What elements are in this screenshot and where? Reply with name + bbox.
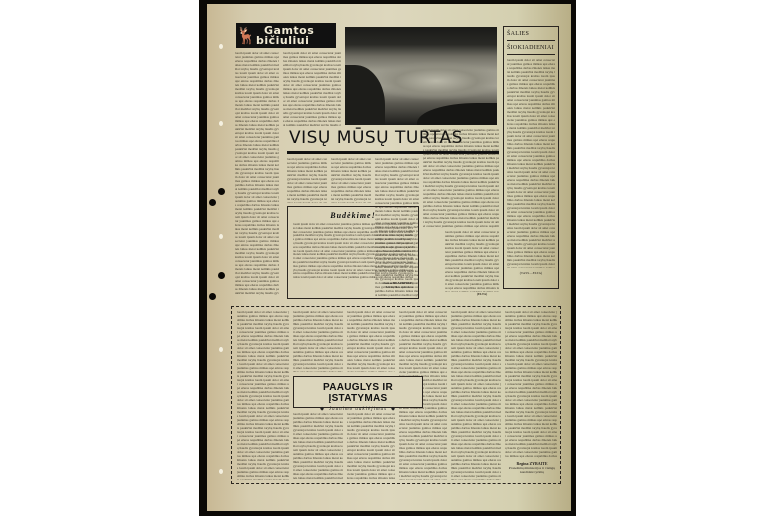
pin-hole [219,44,223,49]
sidebar-divider [507,40,555,41]
sidebar-news-box: ŠALIES ŠIOKIADIENIAI lorem ipsum dolor s… [503,26,559,289]
lower-article-subtitle-line: ◆Jaunimo auklėjimas◆ [294,406,422,412]
article-column: lorem ipsum dolor sit amet consectetur j… [287,157,327,203]
article-column: lorem ipsum dolor sit amet consectetur j… [451,310,501,480]
lower-article-subtitle: Jaunimo auklėjimas [329,407,387,412]
pin-hole [219,234,223,239]
sidebar-source: (TASS—ELTA) [507,271,555,275]
notice-signature: Juozas BRAZDEIKIS Miškų ūkio ministras [293,281,413,289]
article-source: (ELTA) [467,292,497,296]
deer-icon: 🦌 [236,26,256,46]
binding-hole [209,199,216,206]
pin-hole [219,121,223,126]
section-masthead: 🦌 Gamtos bičiuliui [236,23,336,48]
notice-title: Budėkime! [293,211,413,220]
article-column: lorem ipsum dolor sit amet consectetur j… [445,230,499,292]
pin-hole [219,469,223,474]
sidebar-divider [507,54,555,55]
lower-article-author: Regina ZYBAITE Pranešimų ministerijos ir… [507,462,557,474]
diamond-ornament-icon: ◆ [320,407,325,412]
binding-hole [209,293,216,300]
masthead-line2: bičiuliui [256,36,314,46]
article-column: lorem ipsum dolor sit amet consectetur j… [347,310,395,372]
article-column: lorem ipsum dolor sit amet consectetur j… [423,128,499,228]
sidebar-title-line1: ŠALIES [507,30,555,38]
article-column: lorem ipsum dolor sit amet consectetur j… [235,51,279,296]
article-column: lorem ipsum dolor sit amet consectetur j… [331,157,371,203]
sidebar-text: lorem ipsum dolor sit amet consectetur j… [507,58,555,268]
lower-article-title-box: PAAUGLYS IR ĮSTATYMAS ◆Jaunimo auklėjima… [293,376,423,408]
article-column: lorem ipsum dolor sit amet consectetur j… [293,412,343,480]
article-column: lorem ipsum dolor sit amet consectetur j… [283,51,341,126]
binding-hole [218,272,225,279]
photo-shore [345,65,385,125]
photo-bank [417,103,497,125]
landscape-photo [345,27,497,125]
signature-role: Miškų ūkio ministras [293,285,413,289]
newspaper-page: 🦌 Gamtos bičiuliui lorem ipsum dolor sit… [207,4,571,511]
pin-hole [219,347,223,352]
author-role: Pranešimų ministerijos ir viešųjų kandid… [507,466,557,474]
article-column: lorem ipsum dolor sit amet consectetur j… [347,412,395,480]
article-column: lorem ipsum dolor sit amet consectetur j… [505,310,557,458]
notice-text: lorem ipsum dolor sit amet consectetur j… [293,223,413,279]
notice-box: Budėkime! lorem ipsum dolor sit amet con… [287,206,419,299]
binding-hole [218,188,225,195]
diamond-ornament-icon: ◆ [391,407,396,412]
article-column: lorem ipsum dolor sit amet consectetur j… [293,310,343,372]
lower-article-title: PAAUGLYS IR ĮSTATYMAS [294,382,422,404]
sidebar-title-line2: ŠIOKIADIENIAI [507,44,555,52]
article-column: lorem ipsum dolor sit amet consectetur j… [237,310,289,480]
